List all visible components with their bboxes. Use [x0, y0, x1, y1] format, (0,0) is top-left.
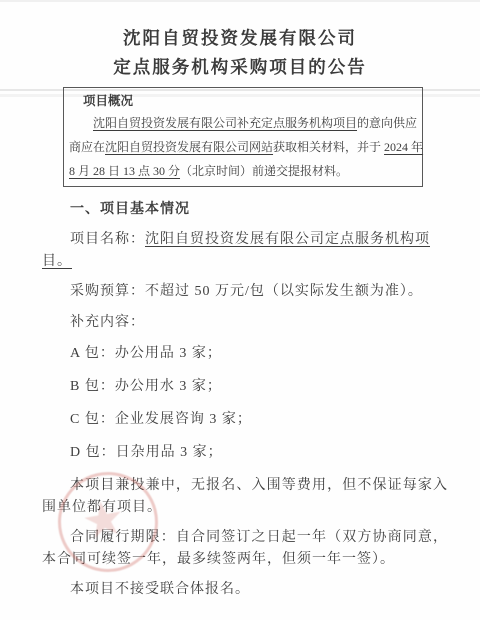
project-overview-heading: 项目概况	[69, 91, 418, 111]
fee-note-paragraph: 本项目兼投兼中，无报名、入围等费用，但不保证每家入围单位都有项目。	[42, 475, 448, 519]
deadline-datetime-underlined: 8 月 28 日 13 点 30 分	[69, 164, 180, 178]
project-name-label: 项目名称：	[70, 232, 145, 247]
text-segment: 的意向供应	[357, 116, 417, 130]
package-item-c: C 包：企业发展咨询 3 家；	[42, 409, 448, 431]
no-consortium-paragraph: 本项目不接受联合体报名。	[42, 579, 448, 601]
supplement-label: 补充内容：	[42, 312, 448, 334]
project-name-paragraph: 项目名称：沈阳自贸投资发展有限公司定点服务机构项 目。	[42, 229, 448, 273]
text-segment: 商应在	[69, 140, 105, 154]
project-name-underlined-continued: 目。	[42, 254, 72, 269]
project-name-line-2: 目。	[42, 251, 448, 273]
contract-term-paragraph: 合同履行期限：自合同签订之日起一年（双方协商同意，本合同可续签一年，最多续签两年…	[42, 527, 448, 571]
overview-line-1: 沈阳自贸投资发展有限公司补充定点服务机构项目的意向供应	[69, 111, 418, 135]
scanned-document-page: 沈阳自贸投资发展有限公司 定点服务机构采购项目的公告 项目概况 沈阳自贸投资发展…	[0, 0, 480, 620]
document-title-line-2: 定点服务机构采购项目的公告	[0, 53, 480, 82]
budget-paragraph: 采购预算：不超过 50 万元/包（以实际发生额为准）。	[42, 281, 448, 303]
supplement-project-name-underlined: 沈阳自贸投资发展有限公司补充定点服务机构项目	[93, 116, 357, 130]
document-title-line-1: 沈阳自贸投资发展有限公司	[0, 24, 480, 53]
project-name-line-1: 项目名称：沈阳自贸投资发展有限公司定点服务机构项	[42, 229, 448, 251]
project-name-underlined: 沈阳自贸投资发展有限公司定点服务机构项	[145, 232, 430, 247]
package-item-b: B 包：办公用水 3 家；	[42, 376, 448, 398]
section-1-heading: 一、项目基本情况	[42, 199, 448, 221]
document-body: 一、项目基本情况 项目名称：沈阳自贸投资发展有限公司定点服务机构项 目。 采购预…	[0, 199, 480, 601]
deadline-year-underlined: 2024 年	[384, 140, 423, 154]
package-item-a: A 包：办公用品 3 家；	[42, 343, 448, 365]
company-website-underlined: 沈阳自贸投资发展有限公司网站	[105, 140, 273, 154]
overview-line-2: 商应在沈阳自贸投资发展有限公司网站获取相关材料，并于 2024 年	[69, 135, 418, 159]
document-title: 沈阳自贸投资发展有限公司 定点服务机构采购项目的公告	[0, 0, 480, 82]
package-item-d: D 包：日杂用品 3 家；	[42, 442, 448, 464]
text-segment: 获取相关材料，并于	[273, 140, 384, 154]
text-segment: （北京时间）前递交提报材料。	[180, 164, 348, 178]
overview-line-3: 8 月 28 日 13 点 30 分（北京时间）前递交提报材料。	[69, 159, 418, 183]
project-overview-box: 项目概况 沈阳自贸投资发展有限公司补充定点服务机构项目的意向供应 商应在沈阳自贸…	[63, 87, 423, 187]
